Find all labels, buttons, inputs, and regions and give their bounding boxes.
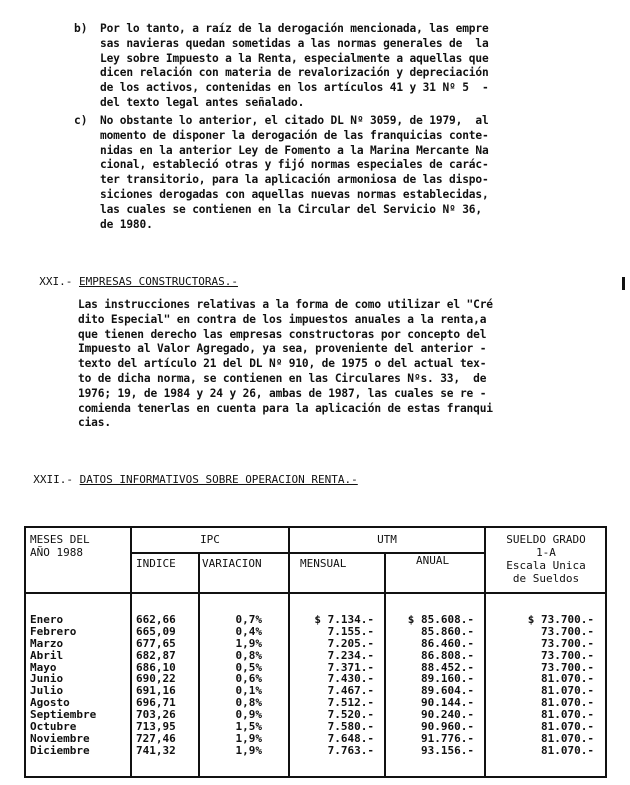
header-sueldo-line4: de Sueldos: [486, 572, 606, 586]
cell-variacion: 1,9%: [202, 638, 262, 650]
section-xxi-number: XXI.-: [39, 275, 72, 288]
cell-mensual: 7.648.-: [292, 733, 374, 745]
col-mensual: $ 7.134.-7.155.-7.205.-7.234.-7.371.-7.4…: [292, 614, 374, 757]
cell-mensual: 7.155.-: [292, 626, 374, 638]
margin-mark: [622, 277, 625, 290]
cell-indice: 682,87: [136, 650, 176, 662]
header-ipc: IPC: [132, 533, 288, 547]
col-divider: [130, 528, 132, 776]
col-indice: 662,66665,09677,65682,87686,10690,22691,…: [136, 614, 176, 757]
header-ipc-indice: INDICE: [136, 557, 176, 571]
col-anual: $ 85.608.-85.860.-86.460.-86.808.-88.452…: [388, 614, 474, 757]
header-utm-mensual: MENSUAL: [300, 557, 346, 571]
section-xxii-title: DATOS INFORMATIVOS SOBRE OPERACION RENTA…: [80, 473, 358, 486]
item-c-label: c): [74, 114, 87, 127]
cell-anual: 86.460.-: [388, 638, 474, 650]
cell-variacion: 0,4%: [202, 626, 262, 638]
header-utm-anual: ANUAL: [416, 554, 449, 568]
cell-sueldo: 81.070.-: [488, 745, 594, 757]
cell-anual: 86.808.-: [388, 650, 474, 662]
header-months-line2: AÑO 1988: [30, 546, 83, 560]
cell-mensual: 7.205.-: [292, 638, 374, 650]
cell-mensual: 7.234.-: [292, 650, 374, 662]
cell-sueldo: 81.070.-: [488, 733, 594, 745]
header-months-line1: MESES DEL: [30, 533, 90, 547]
col-divider: [198, 554, 200, 776]
item-b-text: Por lo tanto, a raíz de la derogación me…: [100, 22, 489, 111]
col-divider: [288, 528, 290, 776]
col-variacion: 0,7%0,4%1,9%0,8%0,5%0,6%0,1%0,8%0,9%1,5%…: [202, 614, 262, 757]
section-xxi-title: EMPRESAS CONSTRUCTORAS.-: [79, 275, 238, 288]
cell-indice: 741,32: [136, 745, 176, 757]
cell-sueldo: 73.700.-: [488, 626, 594, 638]
cell-sueldo: 73.700.-: [488, 650, 594, 662]
section-xxi-heading: XXI.- EMPRESAS CONSTRUCTORAS.-: [26, 261, 238, 289]
cell-anual: 85.860.-: [388, 626, 474, 638]
header-utm: UTM: [290, 533, 484, 547]
col-sueldo: $ 73.700.-73.700.-73.700.-73.700.-73.700…: [488, 614, 594, 757]
section-xxii-heading: XXII.- DATOS INFORMATIVOS SOBRE OPERACIO…: [20, 459, 358, 487]
row-divider: [26, 592, 605, 594]
item-c-text: No obstante lo anterior, el citado DL Nº…: [100, 114, 489, 232]
cell-indice: 677,65: [136, 638, 176, 650]
header-sueldo-line3: Escala Unica: [486, 559, 606, 573]
cell-mes: Marzo: [30, 638, 96, 650]
section-xxi-text: Las instrucciones relativas a la forma d…: [78, 298, 493, 431]
section-xxii-number: XXII.-: [33, 473, 73, 486]
cell-sueldo: 73.700.-: [488, 638, 594, 650]
cell-variacion: 1,9%: [202, 745, 262, 757]
cell-mes: Abril: [30, 650, 96, 662]
cell-anual: 91.776.-: [388, 733, 474, 745]
cell-mes: Noviembre: [30, 733, 96, 745]
cell-mensual: 7.763.-: [292, 745, 374, 757]
cell-anual: 93.156.-: [388, 745, 474, 757]
cell-indice: 665,09: [136, 626, 176, 638]
cell-mes: Diciembre: [30, 745, 96, 757]
header-ipc-variacion: VARIACION: [202, 557, 262, 571]
data-table: MESES DEL AÑO 1988 IPC INDICE VARIACION …: [24, 526, 607, 778]
cell-indice: 727,46: [136, 733, 176, 745]
header-sueldo-line1: SUELDO GRADO: [486, 533, 606, 547]
col-divider: [384, 554, 386, 776]
header-sueldo-line2: 1-A: [486, 546, 606, 560]
cell-mes: Febrero: [30, 626, 96, 638]
cell-variacion: 1,9%: [202, 733, 262, 745]
cell-variacion: 0,8%: [202, 650, 262, 662]
item-b-label: b): [74, 22, 87, 35]
col-mes: EneroFebreroMarzoAbrilMayoJunioJulioAgos…: [30, 614, 96, 757]
